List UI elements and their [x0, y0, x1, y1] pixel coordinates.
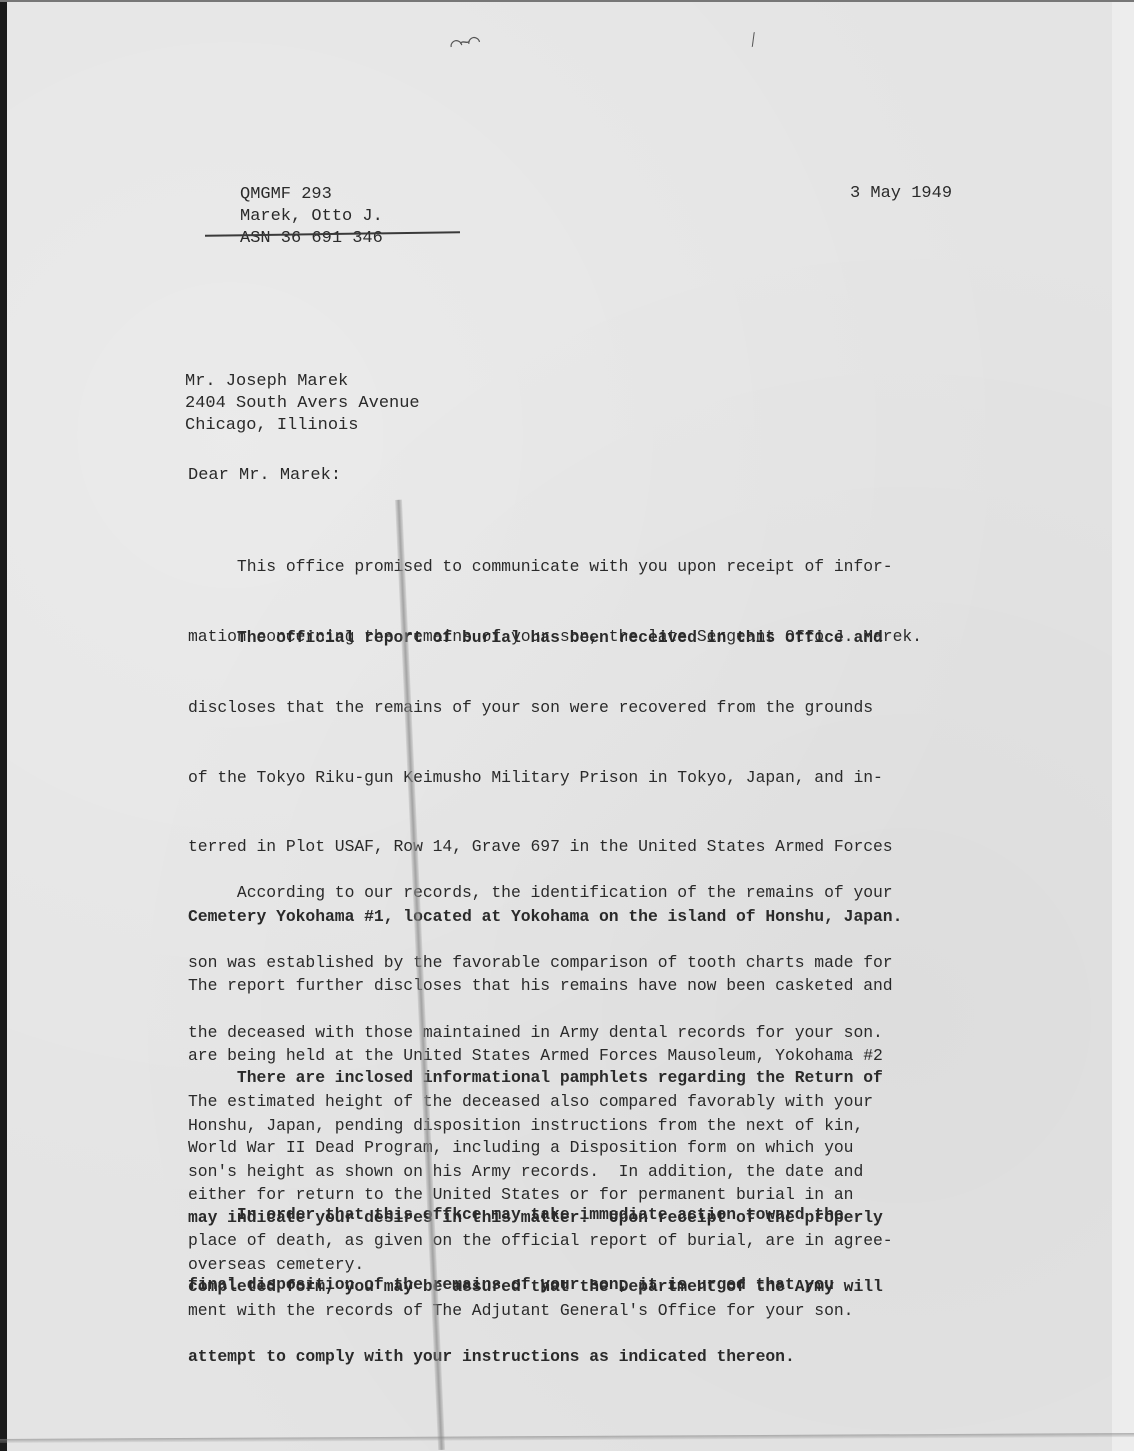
recipient-address: Mr. Joseph Marek 2404 South Avers Avenue… — [185, 371, 420, 437]
paragraph-5: In order that this offkce may take immed… — [188, 1157, 1018, 1319]
scan-right-margin — [1112, 0, 1134, 1451]
letter-date: 3 May 1949 — [850, 184, 952, 203]
scan-top-edge — [0, 0, 1134, 2]
paragraph-line: There are inclosed informational pamphle… — [188, 1066, 1018, 1089]
paragraph-line: According to our records, the identifica… — [188, 881, 1018, 904]
recipient-city: Chicago, Illinois — [185, 415, 420, 437]
paragraph-line: The official report of burial has been r… — [188, 626, 1018, 649]
subject-name: Marek, Otto J. — [240, 206, 383, 228]
serial-number: ASN 36 691 346 — [240, 228, 383, 250]
paragraph-line: World War II Dead Program, including a D… — [188, 1136, 1018, 1159]
staple-mark-icon: ⌒~⌒ — [448, 28, 479, 58]
paragraph-line: final disposition of the remains of your… — [188, 1273, 1018, 1296]
scan-left-edge — [0, 0, 7, 1451]
paragraph-line: son was established by the favorable com… — [188, 951, 1018, 974]
paragraph-line: of the Tokyo Riku-gun Keimusho Military … — [188, 766, 1018, 789]
paragraph-line: discloses that the remains of your son w… — [188, 696, 1018, 719]
paragraph-line: attempt to comply with your instructions… — [188, 1345, 1018, 1368]
file-code: QMGMF 293 — [240, 184, 383, 206]
reference-block: QMGMF 293 Marek, Otto J. ASN 36 691 346 — [240, 184, 383, 250]
paragraph-line: This office promised to communicate with… — [188, 555, 1018, 578]
salutation: Dear Mr. Marek: — [188, 466, 341, 485]
recipient-name: Mr. Joseph Marek — [185, 371, 420, 393]
paragraph-line: In order that this offkce may take immed… — [188, 1203, 1018, 1226]
recipient-street: 2404 South Avers Avenue — [185, 393, 420, 415]
